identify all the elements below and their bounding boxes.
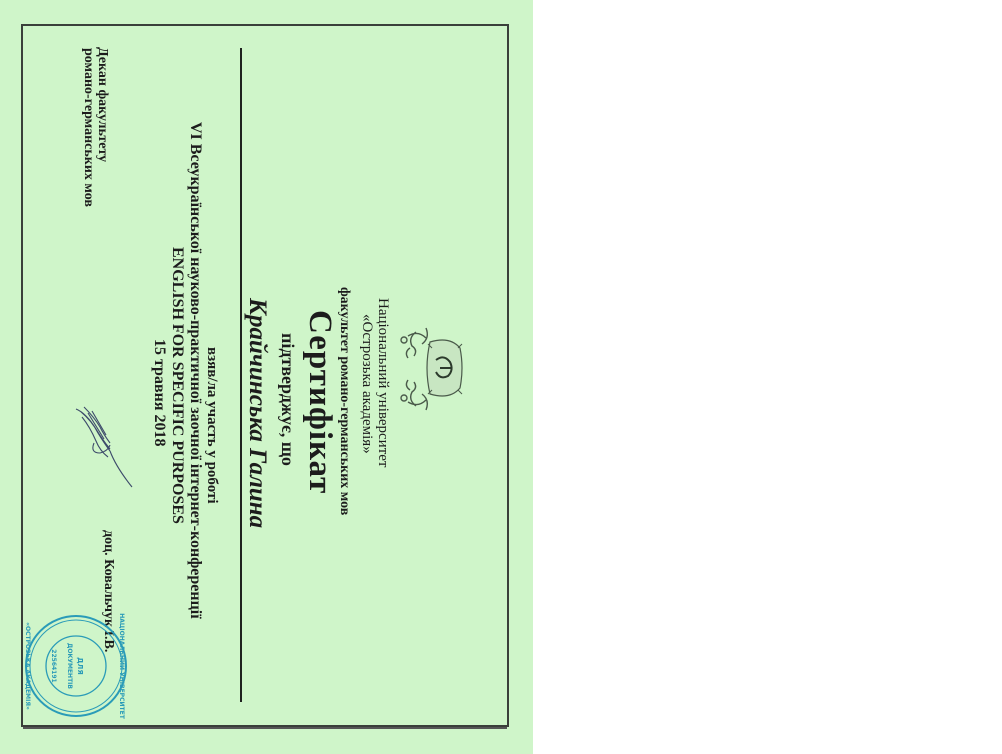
conference-title: ENGLISH FOR SPECIFIC PURPOSES xyxy=(168,247,186,524)
svg-text:«ОСТРОЗЬКА АКАДЕМІЯ»: «ОСТРОЗЬКА АКАДЕМІЯ» xyxy=(24,622,31,710)
university-name: Національний університет xyxy=(374,298,391,467)
certificate-title: Сертифікат xyxy=(301,310,338,494)
signature-icon xyxy=(74,403,134,491)
svg-text:ДЛЯ: ДЛЯ xyxy=(76,657,84,674)
certificate-sheet: Національний університет «Острозька акад… xyxy=(0,0,533,754)
university-academy: «Острозька академія» xyxy=(358,314,375,454)
confirms-text: підтверджує, що xyxy=(277,333,298,466)
faculty-name: факультет романо-германських мов xyxy=(336,287,352,515)
dean-faculty: романо-германських мов xyxy=(80,48,96,207)
recipient-name: Крайчинська Галина xyxy=(243,298,271,528)
svg-text:22564191: 22564191 xyxy=(50,649,57,682)
name-underline xyxy=(240,48,242,702)
svg-text:ДОКУМЕНТІВ: ДОКУМЕНТІВ xyxy=(66,643,73,689)
conference-date: 15 травня 2018 xyxy=(150,339,168,446)
dean-title: Декан факультету xyxy=(94,47,110,162)
official-stamp-icon: НАЦІОНАЛЬНИЙ УНІВЕРСИТЕТ «ОСТРОЗЬКА АКАД… xyxy=(22,612,130,720)
svg-text:НАЦІОНАЛЬНИЙ УНІВЕРСИТЕТ: НАЦІОНАЛЬНИЙ УНІВЕРСИТЕТ xyxy=(118,613,126,720)
university-crest-icon xyxy=(396,318,468,420)
conference-name: VI Всеукраїнської науково-практичної зао… xyxy=(186,122,204,619)
participation-text: взяв/ла участь у роботі xyxy=(203,347,220,504)
